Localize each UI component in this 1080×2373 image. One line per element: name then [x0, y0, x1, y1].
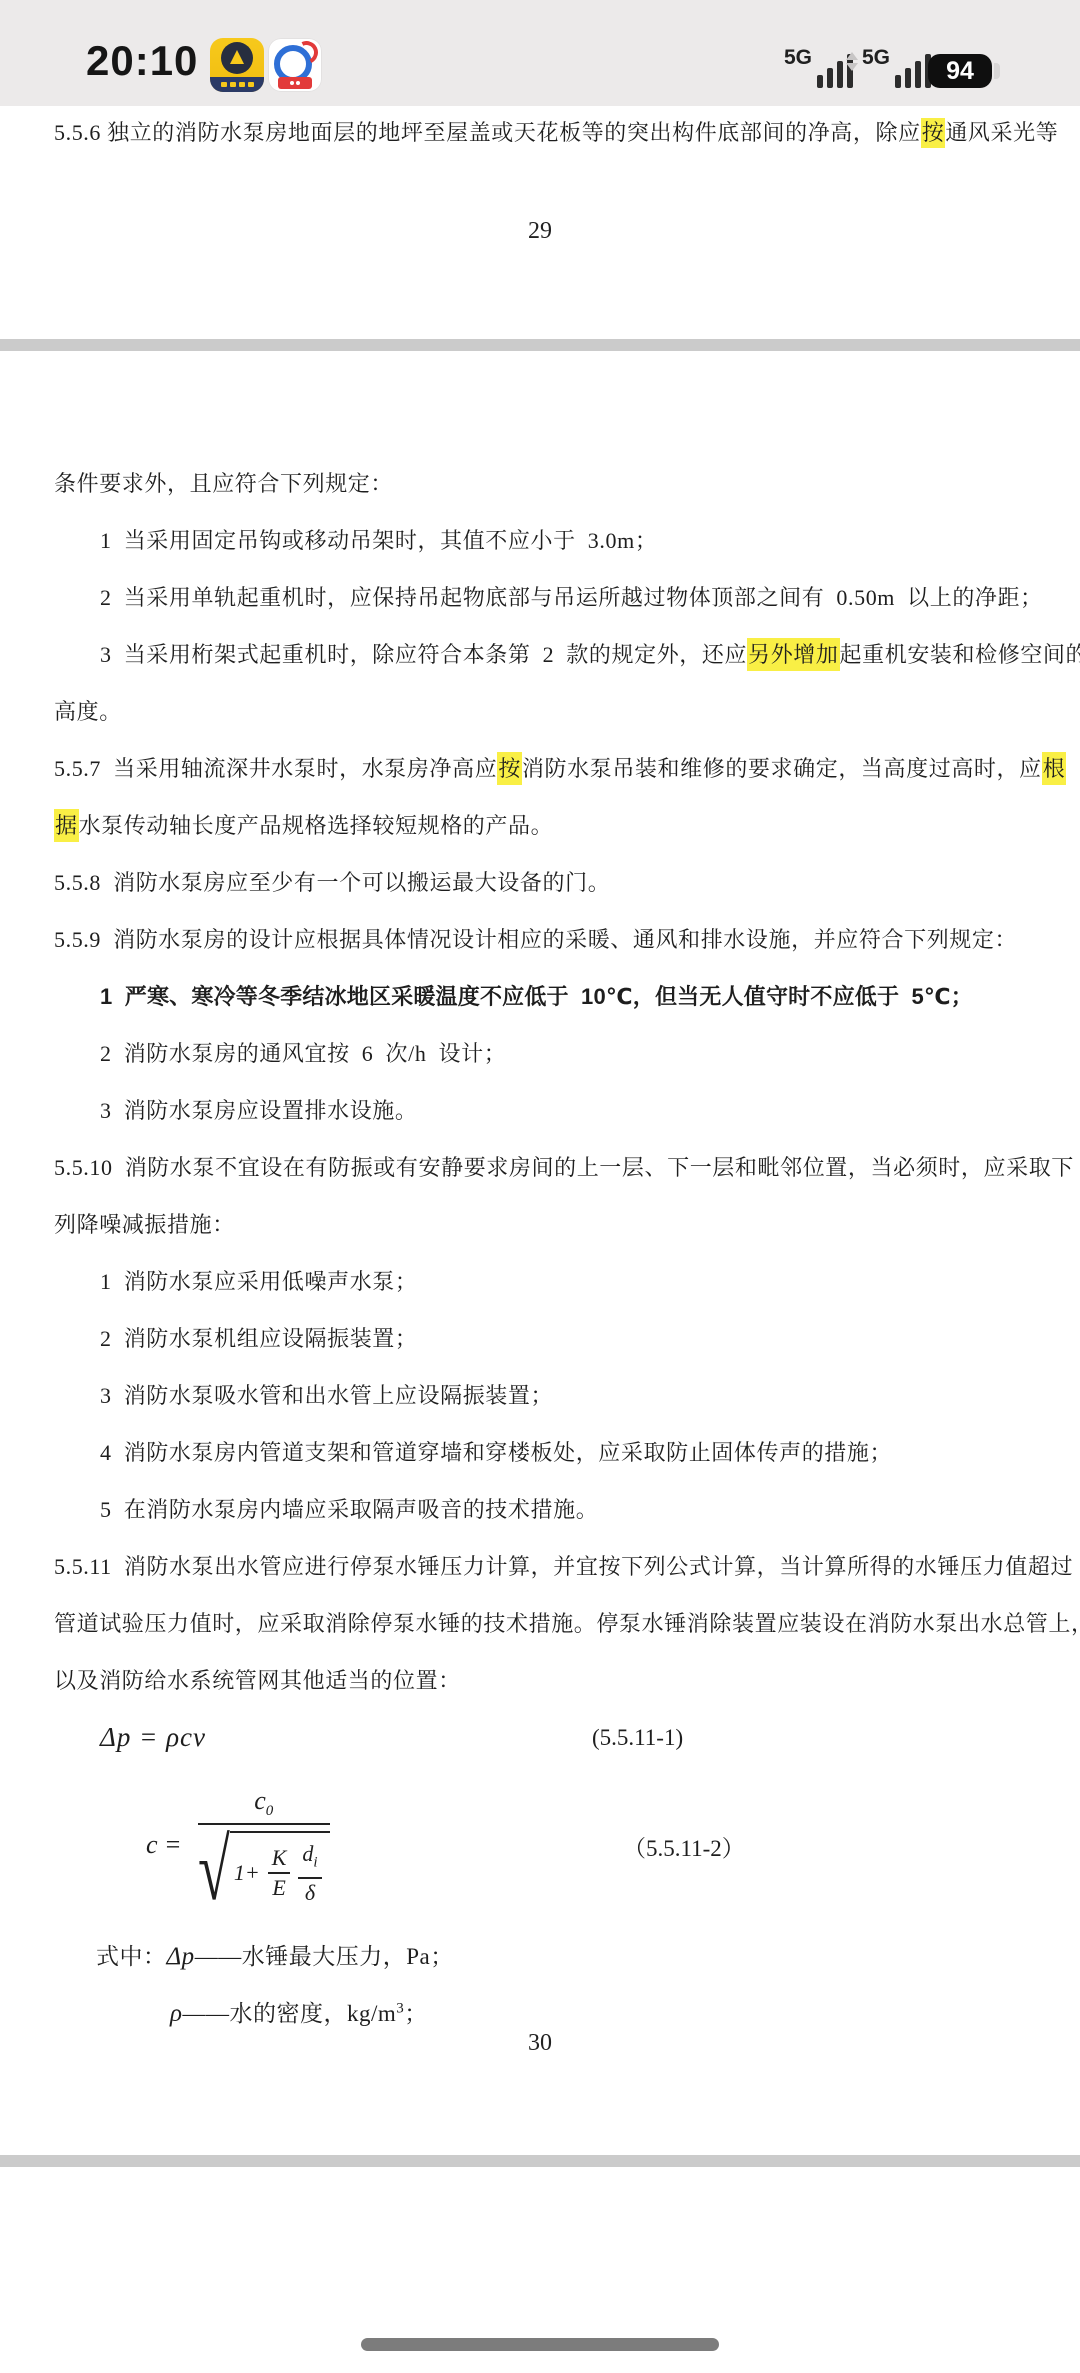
text-run: 5.5.11 消防水泵出水管应进行停泵水锤压力计算，并宜按下列公式计算，当计算所…: [54, 1554, 1073, 1579]
page-number-30: 30: [0, 2030, 1080, 2057]
navigation-app-emblem-icon: [221, 42, 253, 74]
doc-line: 列降噪减振措施：: [0, 1196, 1080, 1253]
doc-line: 5.5.9 消防水泵房的设计应根据具体情况设计相应的采暖、通风和排水设施，并应符…: [0, 911, 1080, 968]
doc-line: 3 当采用桁架式起重机时，除应符合本条第 2 款的规定外，还应另外增加起重机安装…: [0, 626, 1080, 683]
page-separator: [0, 2155, 1080, 2167]
text-run: 水泵传动轴长度产品规格选择较短规格的产品。: [79, 813, 554, 838]
text-run: 以及消防给水系统管网其他适当的位置：: [54, 1668, 461, 1693]
text-run: 1 严寒、寒冷等冬季结冰地区采暖温度不应低于 10℃，但当无人值守时不应低于 5…: [100, 984, 973, 1009]
text-run: 5.5.8 消防水泵房应至少有一个可以搬运最大设备的门。: [54, 870, 610, 895]
phone-screen: 5.5.6 独立的消防水泵房地面层的地坪至屋盖或天花板等的突出构件底部间的净高，…: [0, 0, 1080, 2373]
doc-line: 2 消防水泵机组应设隔振装置；: [0, 1310, 1080, 1367]
text-run: 5.5.7 当采用轴流深井水泵时，水泵房净高应: [54, 756, 497, 781]
pdf-viewport[interactable]: 5.5.6 独立的消防水泵房地面层的地坪至屋盖或天花板等的突出构件底部间的净高，…: [0, 0, 1080, 2373]
text-run: 2 消防水泵机组应设隔振装置；: [100, 1326, 418, 1351]
symbol-definition-rho: ρ——水的密度，kg/m3；: [170, 1995, 1080, 2028]
highlighted-text: 另外增加: [747, 638, 839, 671]
text-run: 1 当采用固定吊钩或移动吊架时，其值不应小于 3.0m；: [100, 528, 657, 553]
clock: 20:10: [86, 40, 198, 82]
page-separator: [0, 339, 1080, 351]
signal-strength-sim2: 5G: [862, 42, 931, 88]
app-notification-icon-2: [268, 38, 322, 92]
doc-line: 5.5.10 消防水泵不宜设在有防振或有安静要求房间的上一层、下一层和毗邻位置，…: [0, 1139, 1080, 1196]
doc-line: 管道试验压力值时，应采取消除停泵水锤的技术措施。停泵水锤消除装置应装设在消防水泵…: [0, 1595, 1080, 1652]
doc-line: 据水泵传动轴长度产品规格选择较短规格的产品。: [0, 797, 1080, 854]
formula-number: （5.5.11-2）: [623, 1830, 745, 1863]
doc-line: 3 消防水泵房应设置排水设施。: [0, 1082, 1080, 1139]
formula-expression: Δp = ρcv: [100, 1722, 206, 1753]
text-run: 3 消防水泵房应设置排水设施。: [100, 1098, 418, 1123]
text-run: 3 消防水泵吸水管和出水管上应设隔振装置；: [100, 1383, 553, 1408]
text-run: 4 消防水泵房内管道支架和管道穿墙和穿楼板处，应采取防止固体传声的措施；: [100, 1440, 892, 1465]
doc-line: 2 当采用单轨起重机时，应保持吊起物底部与吊运所越过物体顶部之间有 0.50m …: [0, 569, 1080, 626]
home-indicator[interactable]: [361, 2338, 719, 2351]
doc-line: 3 消防水泵吸水管和出水管上应设隔振装置；: [0, 1367, 1080, 1424]
battery-level: 94: [946, 57, 974, 86]
battery-indicator: 94: [928, 54, 992, 88]
text-run: 条件要求外，且应符合下列规定：: [54, 471, 393, 496]
doc-line: 以及消防给水系统管网其他适当的位置：: [0, 1652, 1080, 1709]
formula-5-5-11-2: c = c0 √ 1+ K E di: [0, 1786, 1080, 1926]
highlighted-text: 根: [1042, 752, 1067, 785]
text-run: 列降噪减振措施：: [54, 1212, 235, 1237]
doc-line: 条件要求外，且应符合下列规定：: [0, 455, 1080, 512]
formula-lhs: c =: [146, 1830, 182, 1860]
doc-line: 高度。: [0, 683, 1080, 740]
network-type-label: 5G: [784, 47, 812, 68]
app-notification-icon-1: [210, 38, 264, 92]
symbol-definition-dp: 式中：Δp——水锤最大压力，Pa；: [96, 1938, 1080, 1971]
text-run: 3 当采用桁架式起重机时，除应符合本条第 2 款的规定外，还应: [100, 642, 747, 667]
text-run: 5.5.9 消防水泵房的设计应根据具体情况设计相应的采暖、通风和排水设施，并应符…: [54, 927, 1017, 952]
doc-line: 1 当采用固定吊钩或移动吊架时，其值不应小于 3.0m；: [0, 512, 1080, 569]
doc-line: 2 消防水泵房的通风宜按 6 次/h 设计；: [0, 1025, 1080, 1082]
text-run: 通风采光等: [945, 120, 1058, 145]
doc-line: 4 消防水泵房内管道支架和管道穿墙和穿楼板处，应采取防止固体传声的措施；: [0, 1424, 1080, 1481]
text-run: 2 当采用单轨起重机时，应保持吊起物底部与吊运所越过物体顶部之间有 0.50m …: [100, 585, 1043, 610]
text-run: 5 在消防水泵房内墙应采取隔声吸音的技术措施。: [100, 1497, 598, 1522]
text-run: 5.5.10 消防水泵不宜设在有防振或有安静要求房间的上一层、下一层和毗邻位置，…: [54, 1155, 1074, 1180]
formula-number: (5.5.11-1): [592, 1725, 683, 1751]
doc-line: 5 在消防水泵房内墙应采取隔声吸音的技术措施。: [0, 1481, 1080, 1538]
network-type-label: 5G: [862, 47, 890, 68]
doc-line: 5.5.8 消防水泵房应至少有一个可以搬运最大设备的门。: [0, 854, 1080, 911]
text-run: 起重机安装和检修空间的: [840, 642, 1080, 667]
radical-sign: √: [198, 1827, 230, 1914]
text-run: 管道试验压力值时，应采取消除停泵水锤的技术措施。停泵水锤消除装置应装设在消防水泵…: [54, 1611, 1080, 1636]
clipped-paragraph-5-5-6: 5.5.6 独立的消防水泵房地面层的地坪至屋盖或天花板等的突出构件底部间的净高，…: [54, 118, 1080, 148]
highlighted-text: 按: [921, 118, 946, 148]
formula-5-5-11-1: Δp = ρcv (5.5.11-1): [0, 1722, 1080, 1766]
text-run: 1 消防水泵应采用低噪声水泵；: [100, 1269, 418, 1294]
status-bar: 20:10 5G 5G 94: [0, 0, 1080, 106]
data-updown-arrows-icon: [846, 52, 858, 71]
document-body: 条件要求外，且应符合下列规定：1 当采用固定吊钩或移动吊架时，其值不应小于 3.…: [0, 455, 1080, 1709]
battery-nub-icon: [994, 63, 1000, 79]
page-number-29: 29: [0, 218, 1080, 245]
text-run: 5.5.6 独立的消防水泵房地面层的地坪至屋盖或天花板等的突出构件底部间的净高，…: [54, 120, 921, 145]
doc-line: 1 严寒、寒冷等冬季结冰地区采暖温度不应低于 10℃，但当无人值守时不应低于 5…: [0, 968, 1080, 1025]
text-run: 2 消防水泵房的通风宜按 6 次/h 设计；: [100, 1041, 506, 1066]
doc-line: 5.5.11 消防水泵出水管应进行停泵水锤压力计算，并宜按下列公式计算，当计算所…: [0, 1538, 1080, 1595]
doc-line: 5.5.7 当采用轴流深井水泵时，水泵房净高应按消防水泵吊装和维修的要求确定，当…: [0, 740, 1080, 797]
signal-strength-sim1: 5G: [784, 42, 853, 88]
highlighted-text: 按: [497, 752, 522, 785]
text-run: 高度。: [54, 699, 122, 724]
doc-line: 1 消防水泵应采用低噪声水泵；: [0, 1253, 1080, 1310]
highlighted-text: 据: [54, 809, 79, 842]
formula-fraction: c0 √ 1+ K E di δ: [198, 1786, 330, 1906]
text-run: 消防水泵吊装和维修的要求确定，当高度过高时，应: [522, 756, 1042, 781]
